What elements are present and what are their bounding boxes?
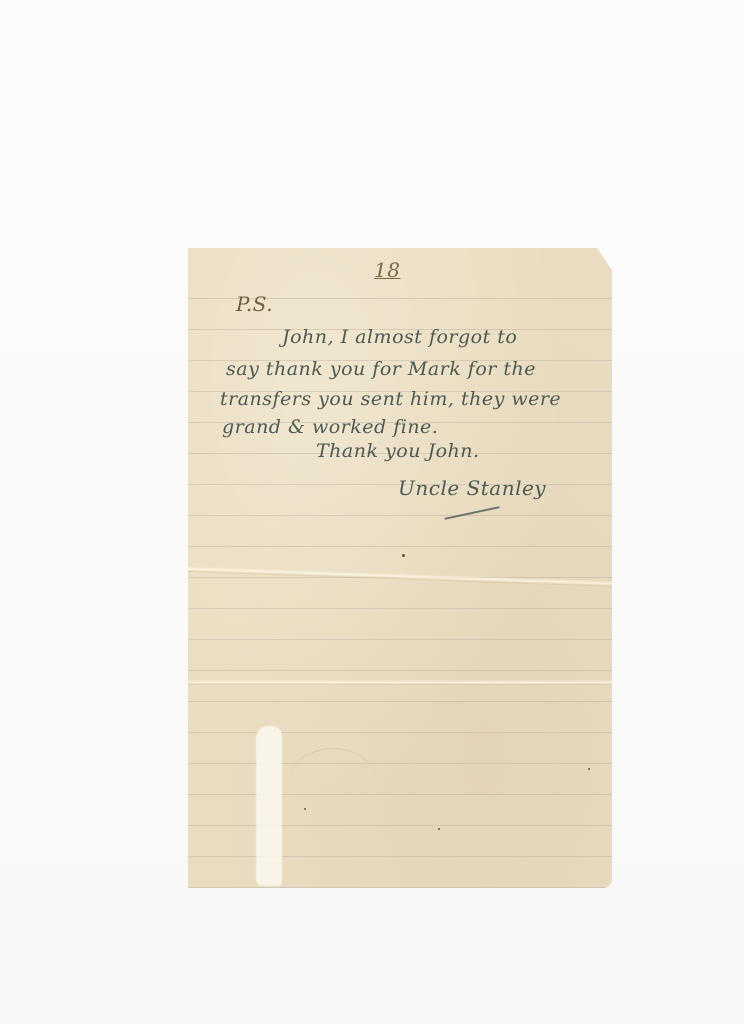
letter-line-3: transfers you sent him, they were <box>220 388 561 410</box>
letter-paper: 18 P.S. John, I almost forgot to say tha… <box>188 248 612 888</box>
ink-speck <box>438 828 440 830</box>
postscript-label: P.S. <box>236 292 273 316</box>
scanned-page: 18 P.S. John, I almost forgot to say tha… <box>0 0 744 1024</box>
ink-speck <box>402 554 405 557</box>
ink-speck <box>304 808 306 810</box>
signature: Uncle Stanley <box>398 476 546 500</box>
ink-speck <box>588 768 590 770</box>
fold-crease-lower <box>188 680 612 685</box>
page-number: 18 <box>374 258 400 282</box>
letter-line-1: John, I almost forgot to <box>282 326 517 348</box>
letter-line-4: grand & worked fine. <box>222 416 438 438</box>
water-mark <box>288 748 378 819</box>
closing-line: Thank you John. <box>316 440 480 462</box>
paper-stain <box>256 726 282 886</box>
letter-line-2: say thank you for Mark for the <box>226 358 536 380</box>
